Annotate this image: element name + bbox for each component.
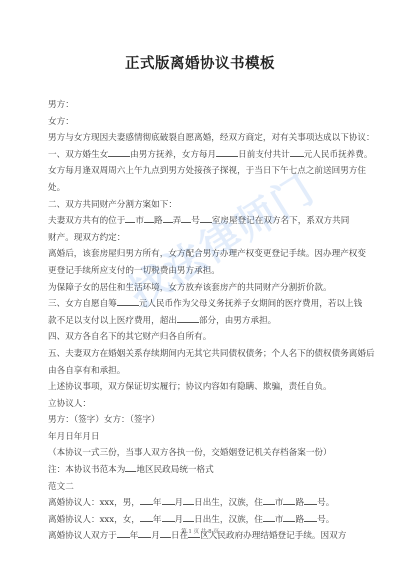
document-title: 正式版离婚协议书模板	[0, 52, 400, 73]
fill-in-blank	[216, 147, 238, 157]
document-line: 范文二	[48, 479, 358, 496]
line-text: 室房屋登记在双方名下，系双方共同	[212, 216, 350, 226]
document-line: 注：本协议书范本为地区民政局统一格式	[48, 462, 358, 479]
fill-in-blank	[162, 495, 175, 505]
document-line: 处。	[48, 180, 358, 197]
fill-in-blank	[144, 213, 154, 223]
document-line: 款不足以支付以上医疗费用，超出部分，由男方承担。	[48, 313, 358, 330]
line-text: 号。	[317, 515, 334, 525]
line-text: 女方每月逢双周周六上午九点到男方处接孩子探视，于当日下午七点之前送回男方住	[48, 166, 366, 176]
document-line: 年月日年月日	[48, 429, 358, 446]
document-line: 男方与女方现因夫妻感情彻底破裂自愿离婚，经双方商定，对有关事项达成以下协议：	[48, 130, 358, 147]
line-text: 立协议人：	[48, 399, 91, 409]
line-text: 款不足以支付以上医疗费用，超出	[48, 316, 177, 326]
document-line: 财产。现双方约定：	[48, 230, 358, 247]
line-text: 年	[153, 498, 162, 508]
line-text: 男方与女方现因夫妻感情彻底破裂自愿离婚，经双方商定，对有关事项达成以下协议：	[48, 133, 375, 143]
fill-in-blank	[181, 213, 191, 223]
fill-in-blank	[125, 213, 135, 223]
document-line: 一、双方婚生女由男方抚养，女方每月日前支付共计元人民币抚养费。	[48, 147, 358, 164]
fill-in-blank	[183, 512, 194, 522]
document-line: 男方：	[48, 97, 358, 114]
fill-in-blank	[117, 296, 139, 306]
document-line: 更登记手续所应支付的一切税费由男方承担。	[48, 263, 358, 280]
line-text: 月	[175, 498, 184, 508]
line-text: 离婚协议人：xxx，男，	[48, 498, 140, 508]
document-line: 为保障子女的居住和生活环境，女方放弃该套房产的共同财产分割折价款。	[48, 280, 358, 297]
line-text: 地区民政局统一格式	[136, 465, 213, 475]
line-text: 市	[275, 498, 284, 508]
line-text: 注：本协议书范本为	[48, 465, 125, 475]
line-text: 上述协议事项，双方保证切实履行；协议内容如有隐瞒、欺骗，责任自负。	[48, 382, 332, 392]
line-text: （本协议一式三份，当事人双方各执一份，交婚姻登记机关存档备案一份）	[48, 448, 332, 458]
fill-in-blank	[304, 495, 317, 505]
line-text: 男方：	[48, 100, 74, 110]
line-text: 四、双方各自名下的其它财产归各自所有。	[48, 332, 211, 342]
line-text: 二、双方共同财产分割方案如下：	[48, 200, 177, 210]
fill-in-blank	[304, 512, 317, 522]
line-text: 号。	[317, 498, 334, 508]
line-text: 市	[135, 216, 144, 226]
fill-in-blank	[108, 147, 130, 157]
document-line: 男方：（签字）女方：（签字）	[48, 412, 358, 429]
fill-in-blank	[125, 462, 136, 472]
fill-in-blank	[162, 512, 175, 522]
line-text: 一、双方婚生女	[48, 150, 108, 160]
line-text: 元人民币抚养费。	[304, 150, 373, 160]
fill-in-blank	[263, 512, 275, 522]
fill-in-blank	[283, 512, 295, 522]
line-text: 年	[153, 515, 162, 525]
line-text: 财产。现双方约定：	[48, 233, 125, 243]
line-text: 更登记手续所应支付的一切税费由男方承担。	[48, 266, 220, 276]
document-line: 五、夫妻双方在婚姻关系存续期间内无其它共同债权债务；个人名下的债权债务离婚后	[48, 346, 358, 363]
line-text: 五、夫妻双方在婚姻关系存续期间内无其它共同债权债务；个人名下的债权债务离婚后	[48, 349, 375, 359]
line-text: 日前支付共计	[238, 150, 290, 160]
line-text: 女方：	[48, 117, 74, 127]
document-line: 上述协议事项，双方保证切实履行；协议内容如有隐瞒、欺骗，责任自负。	[48, 379, 358, 396]
document-line: 立协议人：	[48, 396, 358, 413]
line-text: 夫妻双方共有的位于	[48, 216, 125, 226]
line-text: 离婚后，该套房屋归男方所有，女方配合男方办理产权变更登记手续。因办理产权变	[48, 249, 366, 259]
fill-in-blank	[163, 213, 173, 223]
line-text: 路	[295, 498, 304, 508]
document-line: 女方：	[48, 114, 358, 131]
document-line: 离婚协议人：xxx，男，年月日出生，汉族，住市路号。	[48, 495, 358, 512]
document-line: 三、女方自愿自筹元人民币作为父母义务抚养子女期间的医疗费用，若以上钱	[48, 296, 358, 313]
line-text: 年月日年月日	[48, 432, 100, 442]
document-line: （本协议一式三份，当事人双方各执一份，交婚姻登记机关存档备案一份）	[48, 445, 358, 462]
page-footer: 第 1 页 共 8 页	[0, 527, 400, 535]
line-text: 由各自享有和承担。	[48, 366, 125, 376]
line-text: 月	[175, 515, 184, 525]
fill-in-blank	[263, 495, 275, 505]
line-text: 日出生，汉族，住	[194, 515, 263, 525]
fill-in-blank	[183, 495, 194, 505]
document-body: 男方：女方：男方与女方现因夫妻感情彻底破裂自愿离婚，经双方商定，对有关事项达成以…	[48, 97, 358, 545]
document-line: 离婚后，该套房屋归男方所有，女方配合男方办理产权变更登记手续。因办理产权变	[48, 246, 358, 263]
line-text: 部分，由男方承担。	[199, 316, 276, 326]
line-text: 路	[154, 216, 163, 226]
document-line: 夫妻双方共有的位于市路弄号室房屋登记在双方名下，系双方共同	[48, 213, 358, 230]
line-text: 由男方抚养，女方每月	[130, 150, 216, 160]
document-line: 女方每月逢双周周六上午九点到男方处接孩子探视，于当日下午七点之前送回男方住	[48, 163, 358, 180]
line-text: 元人民币作为父母义务抚养子女期间的医疗费用，若以上钱	[139, 299, 362, 309]
fill-in-blank	[140, 495, 153, 505]
line-text: 男方：（签字）女方：（签字）	[48, 415, 160, 425]
document-line: 二、双方共同财产分割方案如下：	[48, 197, 358, 214]
document-line: 由各自享有和承担。	[48, 363, 358, 380]
fill-in-blank	[177, 313, 199, 323]
line-text: 为保障子女的居住和生活环境，女方放弃该套房产的共同财产分割折价款。	[48, 283, 332, 293]
fill-in-blank	[290, 147, 304, 157]
line-text: 三、女方自愿自筹	[48, 299, 117, 309]
fill-in-blank	[283, 495, 295, 505]
line-text: 处。	[48, 183, 65, 193]
line-text: 号	[191, 216, 200, 226]
line-text: 范文二	[48, 482, 74, 492]
document-line: 四、双方各自名下的其它财产归各自所有。	[48, 329, 358, 346]
document-line: 离婚协议人：xxx，女，年月日出生，汉族，住市路号。	[48, 512, 358, 529]
line-text: 路	[295, 515, 304, 525]
line-text: 弄	[173, 216, 182, 226]
fill-in-blank	[200, 213, 212, 223]
line-text: 市	[275, 515, 284, 525]
fill-in-blank	[140, 512, 153, 522]
document-page: 正式版离婚协议书模板 男方：女方：男方与女方现因夫妻感情彻底破裂自愿离婚，经双方…	[0, 0, 400, 565]
line-text: 离婚协议人：xxx，女，	[48, 515, 140, 525]
line-text: 日出生，汉族，住	[194, 498, 263, 508]
